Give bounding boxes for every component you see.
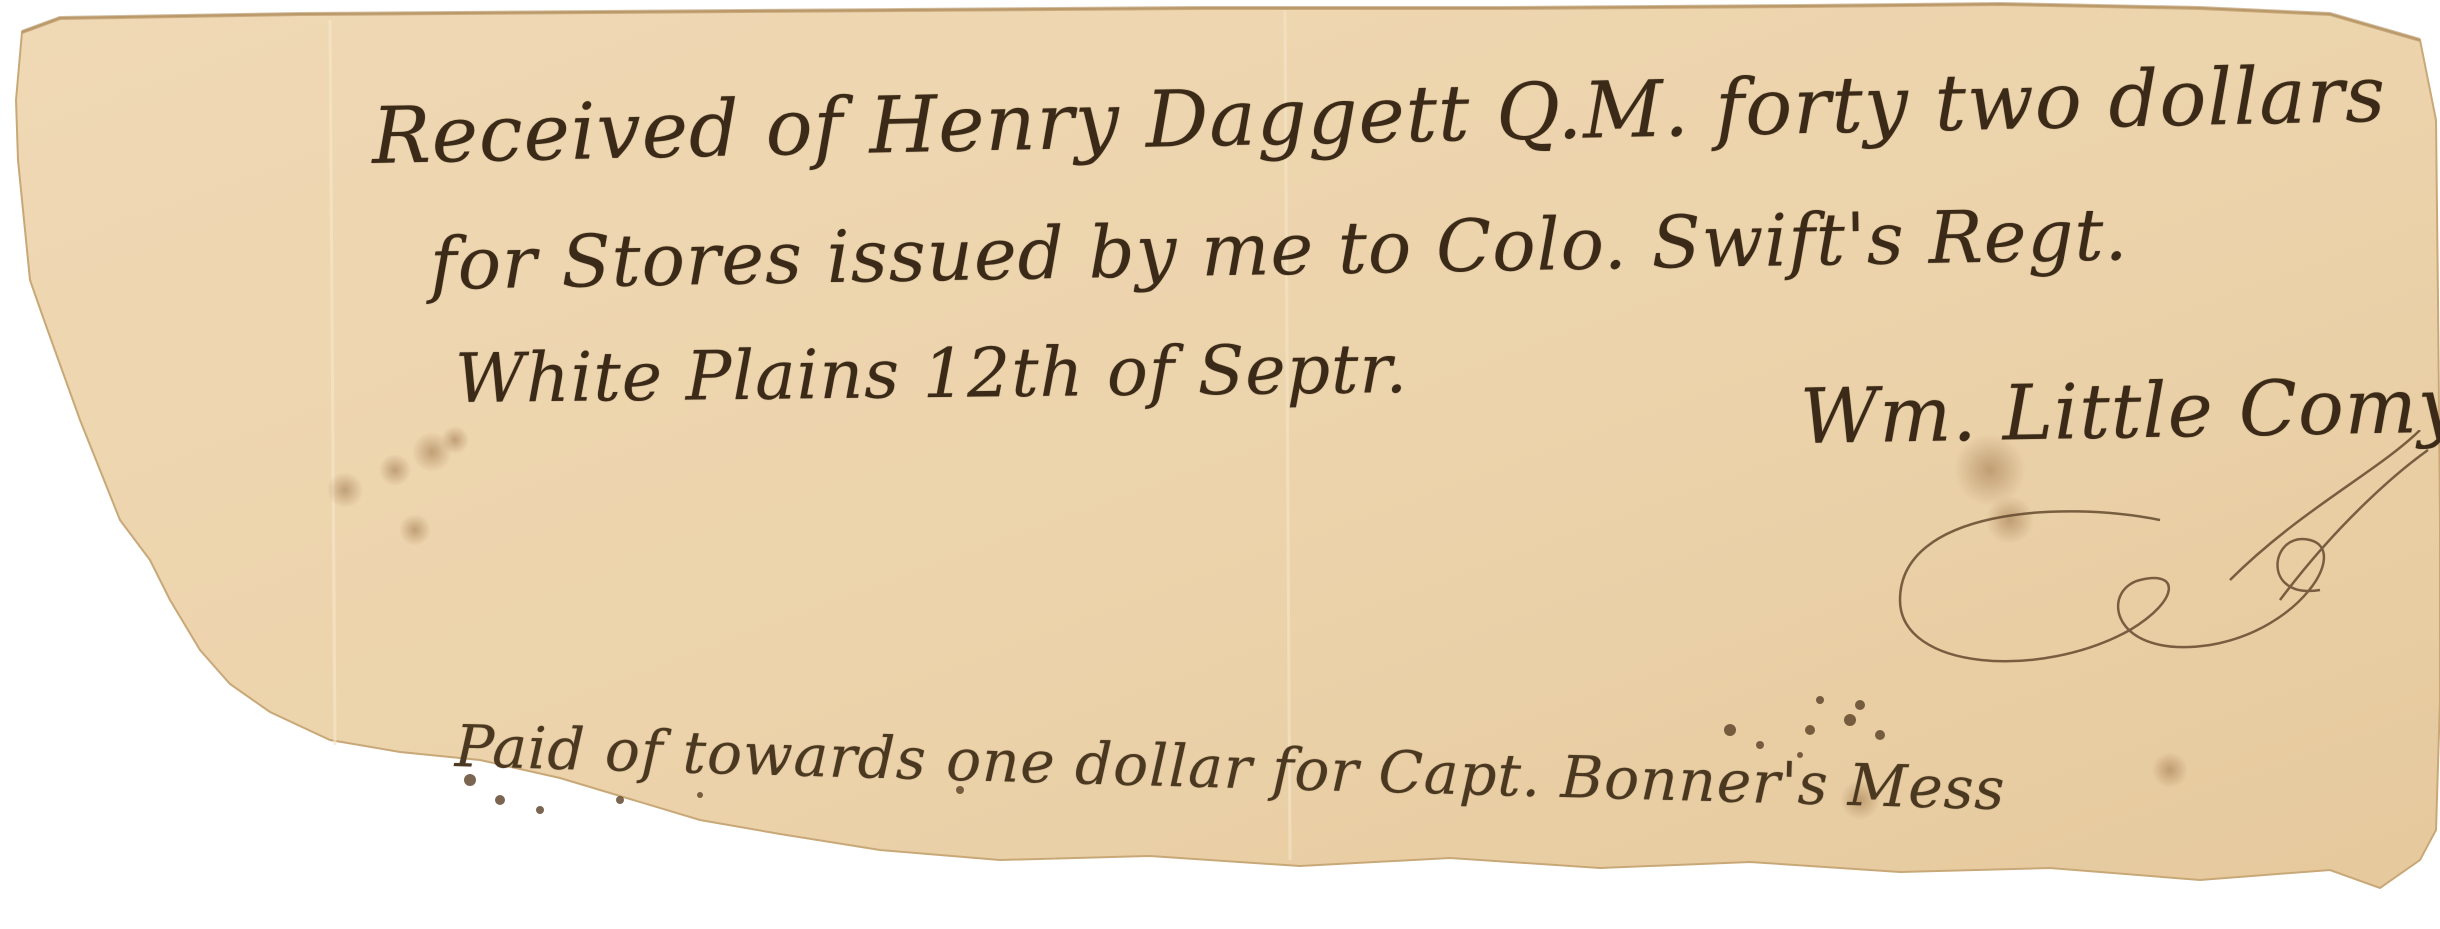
receipt-line-3-date: White Plains 12th of Septr. (455, 330, 1409, 419)
document-scan: Received of Henry Daggett Q.M. forty two… (0, 0, 2440, 929)
signature-flourish-icon (1880, 430, 2440, 690)
